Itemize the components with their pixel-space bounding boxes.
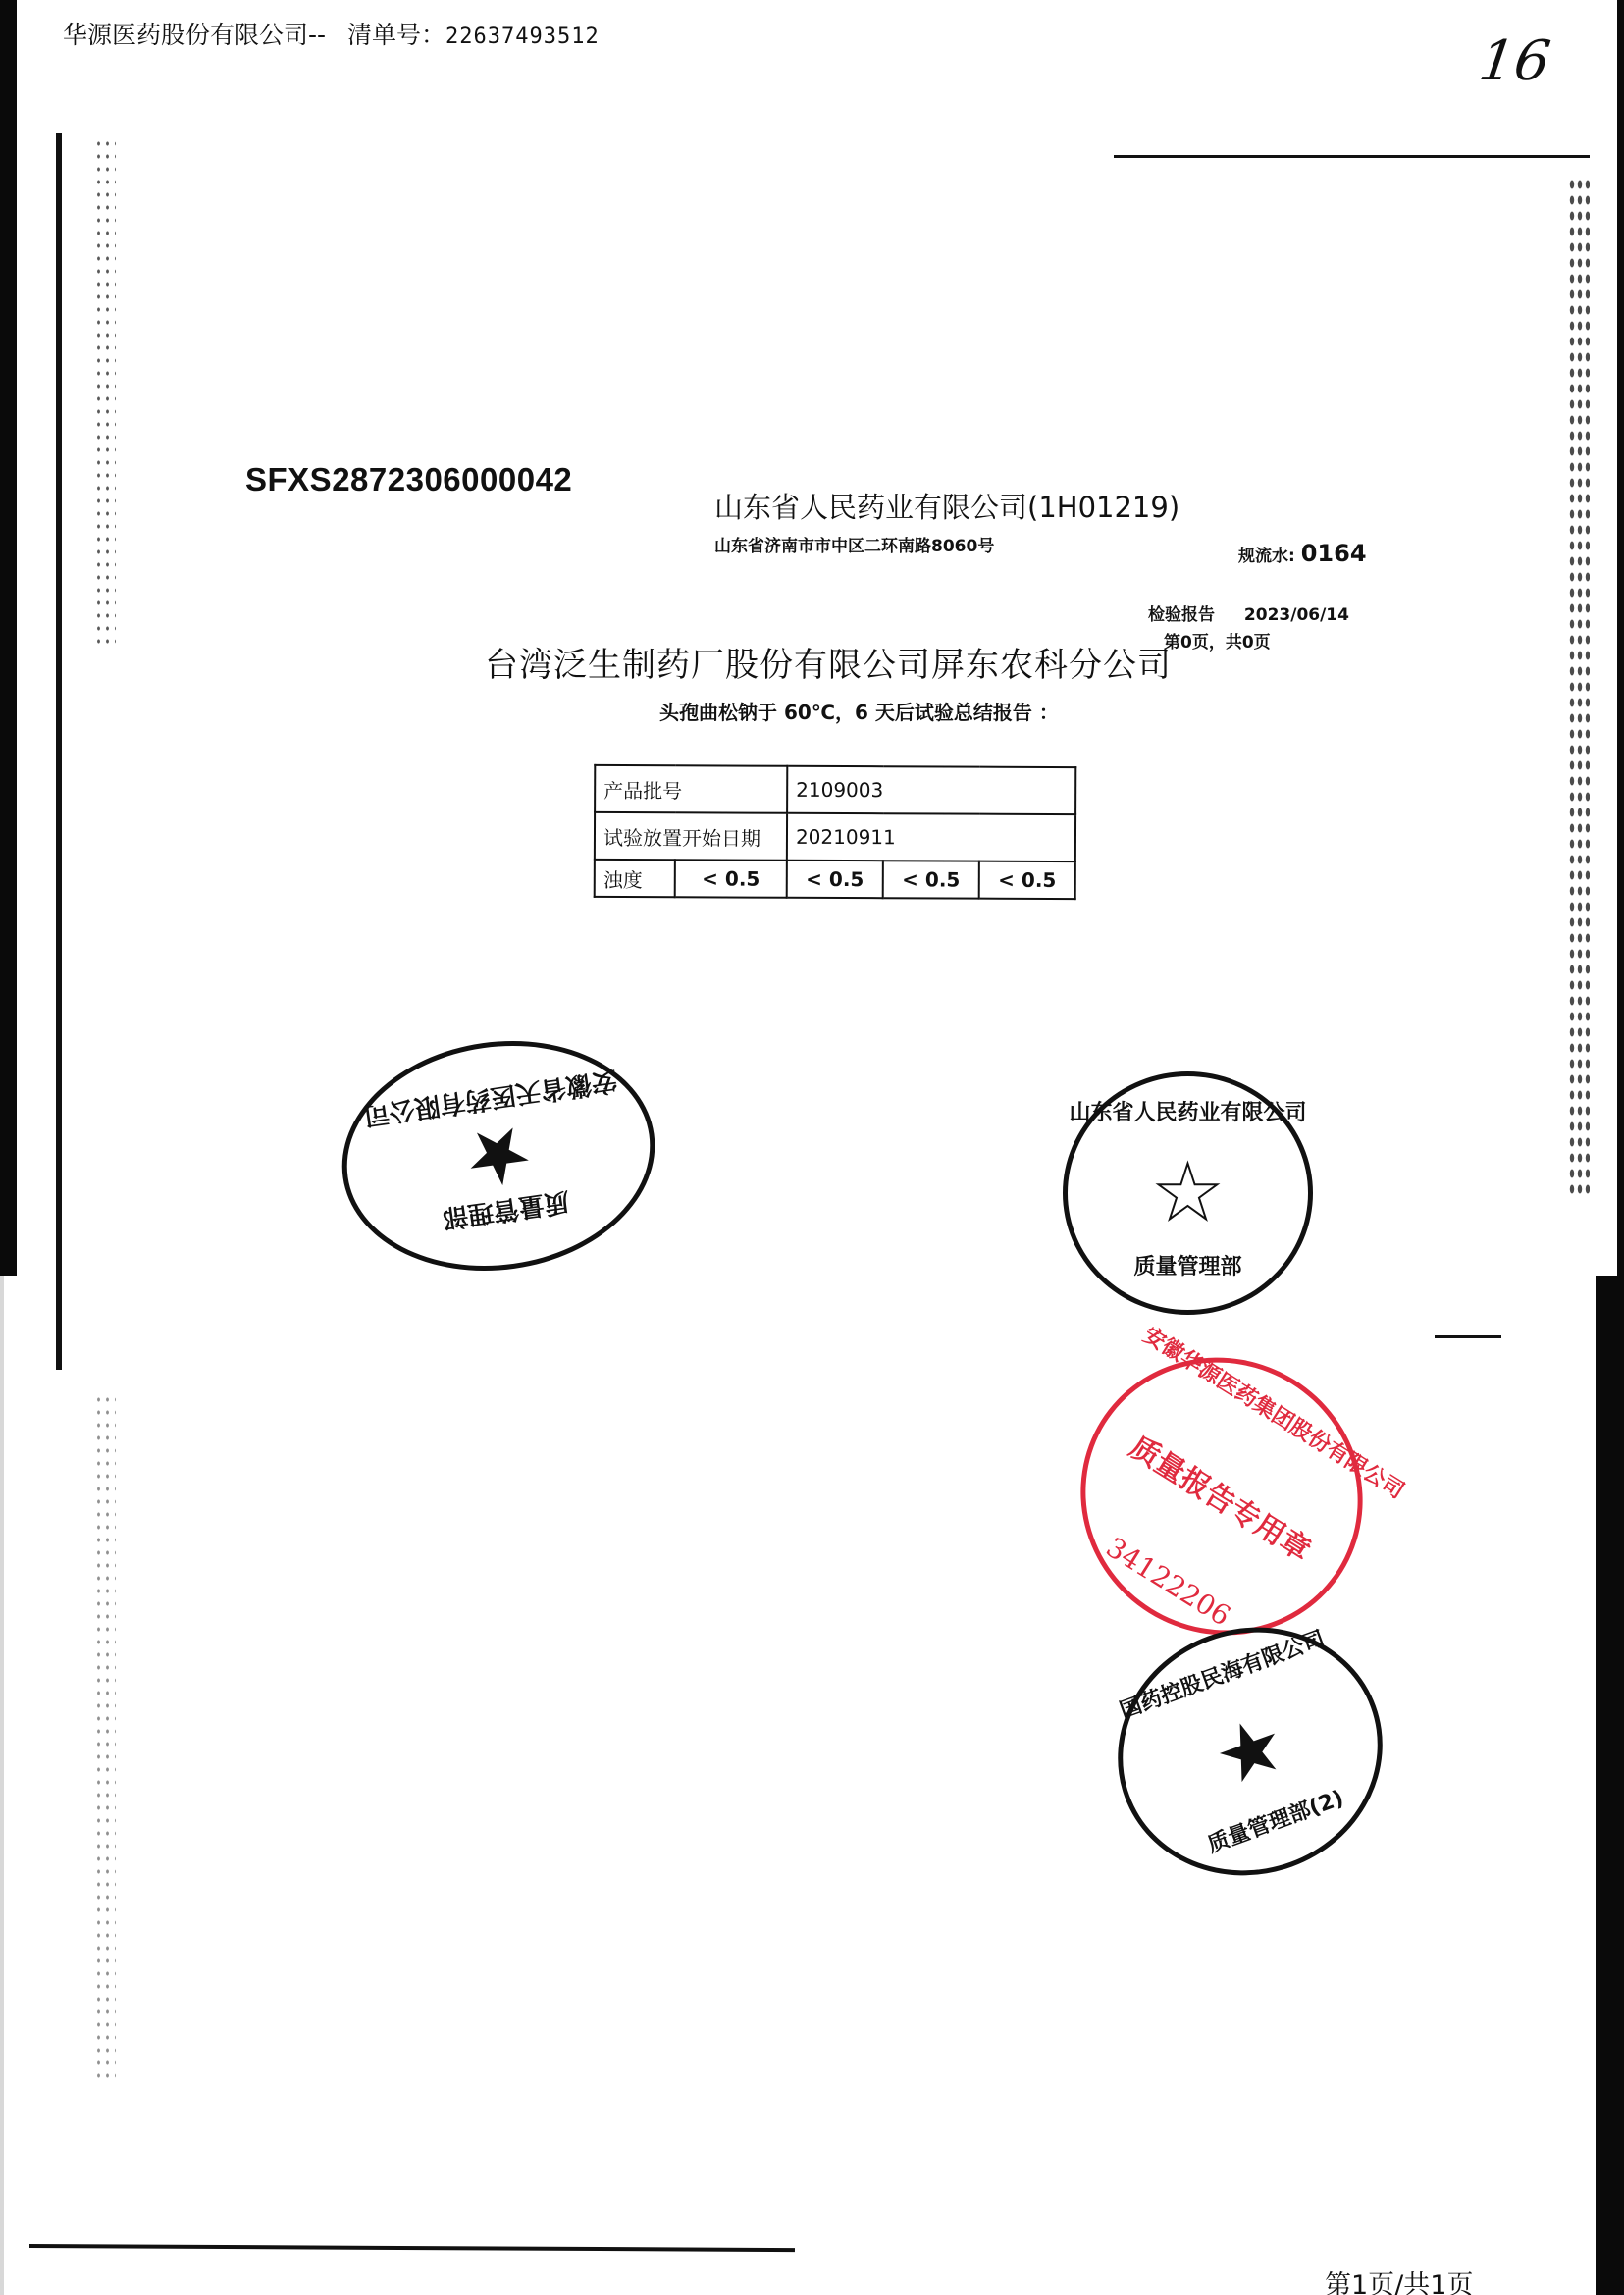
turbidity-value: < 0.5 xyxy=(787,861,883,898)
table-row: 产品批号 2109003 xyxy=(595,765,1075,814)
scan-border-left xyxy=(0,0,17,1276)
row-label: 产品批号 xyxy=(595,765,787,813)
star-icon: ★ xyxy=(1205,1703,1295,1799)
anhui-tianyi-quality-stamp: 质量管理部 ★ 安徽省天医药有限公司 xyxy=(327,1021,669,1290)
stamp-center-text: 质量管理部 xyxy=(1133,1250,1241,1280)
test-results-table: 产品批号 2109003 试验放置开始日期 20210911 浊度 < 0.5 … xyxy=(594,764,1077,900)
stamp-center-text: 质量管理部(2) xyxy=(1203,1782,1347,1859)
scan-noise-left-lower xyxy=(94,1393,116,2080)
handwritten-page-mark: 16 xyxy=(1475,29,1553,93)
stamp-code: 34122206 xyxy=(1101,1531,1236,1633)
shandong-renmin-quality-stamp: 山东省人民药业有限公司 ★ 质量管理部 xyxy=(1063,1071,1313,1315)
row-value: 2109003 xyxy=(787,766,1075,814)
turbidity-label: 浊度 xyxy=(595,860,675,897)
scan-mark-dash xyxy=(1435,1335,1501,1338)
list-header: 华源医药股份有限公司-- 清单号：22637493512 xyxy=(63,16,600,51)
issuer-address: 山东省济南市市中区二环南路8060号 xyxy=(714,532,994,556)
turbidity-value: < 0.5 xyxy=(883,861,979,898)
scanned-page-bottom-edge xyxy=(29,2244,795,2252)
scanned-page-top-edge xyxy=(1114,155,1590,158)
star-icon: ★ xyxy=(1154,1155,1223,1231)
report-label: 检验报告 xyxy=(1148,605,1215,625)
serial-label: 规流水: xyxy=(1238,547,1295,566)
scan-border-right xyxy=(1617,0,1624,1276)
huayuan-quality-report-stamp: 安徽华源医药集团股份有限公司 质量报告专用章 34122206 xyxy=(1028,1304,1415,1688)
stamp-ring-text: 山东省人民药业有限公司 xyxy=(1069,1096,1306,1126)
row-value: 20210911 xyxy=(787,813,1075,861)
scan-noise-right xyxy=(1568,177,1590,1197)
stamp-content: 质量管理部 ★ 安徽省天医药有限公司 xyxy=(362,1065,636,1248)
report-subtitle: 头孢曲松钠于 60℃，6 天后试验总结报告 ： xyxy=(659,697,1059,725)
header-company: 华源医药股份有限公司-- xyxy=(63,21,326,49)
page-indicator: 第1页/共1页 xyxy=(1325,2264,1473,2295)
issuer-name: 山东省人民药业有限公司(1H01219) xyxy=(714,486,1179,526)
turbidity-value: < 0.5 xyxy=(979,861,1075,899)
table-row: 试验放置开始日期 20210911 xyxy=(595,812,1075,861)
document-number: SFXS2872306000042 xyxy=(245,461,572,498)
row-label: 试验放置开始日期 xyxy=(595,812,787,861)
stamp-center-text: 质量报告专用章 xyxy=(1123,1424,1320,1570)
report-header: 检验报告 2023/06/14 xyxy=(1148,600,1349,625)
header-list-label: 清单号： xyxy=(347,21,445,49)
scanned-page-left-edge xyxy=(56,133,62,1370)
report-date: 2023/06/14 xyxy=(1244,605,1349,625)
scan-border-left-lower xyxy=(0,1276,4,2295)
table-row-turbidity: 浊度 < 0.5 < 0.5 < 0.5 < 0.5 xyxy=(595,860,1075,899)
scan-border-right-lower xyxy=(1596,1276,1624,2295)
header-list-number: 22637493512 xyxy=(445,25,600,49)
guoyao-quality-stamp: 国药控股民海有限公司 ★ 质量管理部(2) xyxy=(1082,1591,1417,1912)
turbidity-value: < 0.5 xyxy=(675,860,787,897)
serial-number: 规流水: 0164 xyxy=(1238,540,1367,567)
report-pages: 第0页，共0页 xyxy=(1164,628,1271,652)
scan-noise-left xyxy=(94,137,116,648)
manufacturer-title: 台湾泛生制药厂股份有限公司屏东农科分公司 xyxy=(485,638,1172,686)
stamp-ring-text: 国药控股民海有限公司 xyxy=(1115,1622,1328,1724)
serial-value: 0164 xyxy=(1301,540,1367,567)
